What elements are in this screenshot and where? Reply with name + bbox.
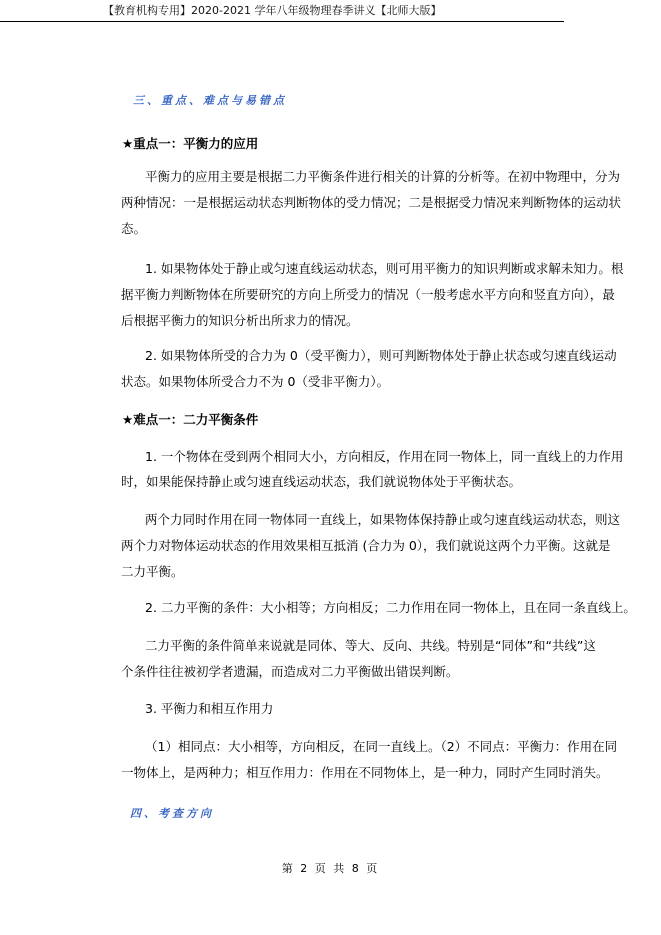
difficult-point-para2-line2: 两个力对物体运动状态的作用效果相互抵消 (合力为 0），我们就说这两个力平衡。这… xyxy=(121,536,611,554)
difficult-point-para1-line2: 时，如果能保持静止或匀速直线运动状态，我们就说物体处于平衡状态。 xyxy=(121,472,521,490)
difficult-point-para6-line2: 一物体上，是两种力；相互作用力：作用在不同物体上，是一种力，同时产生同时消失。 xyxy=(121,763,609,781)
key-point-para2-line2: 据平衡力判断物体在所要研究的方向上所受力的情况（一般考虑水平方向和竖直方向），最 xyxy=(121,285,615,303)
difficult-point-para6-line1: （1）相同点：大小相等，方向相反，在同一直线上。（2）不同点：平衡力：作用在同 xyxy=(145,737,617,755)
key-point-para2-line1: 1. 如果物体处于静止或匀速直线运动状态，则可用平衡力的知识判断或求解未知力。根 xyxy=(145,259,623,277)
page-footer: 第 2 页 共 8 页 xyxy=(0,860,661,876)
key-point-para1-line3: 态。 xyxy=(121,219,146,237)
key-point-para3-line2: 状态。如果物体所受合力不为 0（受非平衡力）。 xyxy=(121,372,389,390)
key-point-para1-line1: 平衡力的应用主要是根据二力平衡条件进行相关的计算的分析等。在初中物理中，分为 xyxy=(145,167,620,185)
difficult-point-para1-line1: 1. 一个物体在受到两个相同大小，方向相反，作用在同一物体上，同一直线上的力作用 xyxy=(145,447,623,465)
difficult-point-para4-line2: 个条件往往被初学者遗漏，而造成对二力平衡做出错误判断。 xyxy=(121,662,459,680)
key-point-para1-line2: 两种情况：一是根据运动状态判断物体的受力情况；二是根据受力情况来判断物体的运动状 xyxy=(121,193,621,211)
difficult-point-para2-line3: 二力平衡。 xyxy=(121,562,184,580)
key-point-title: ★重点一：平衡力的应用 xyxy=(122,134,258,152)
difficult-point-para2-line1: 两个力同时作用在同一物体同一直线上，如果物体保持静止或匀速直线运动状态，则这 xyxy=(145,510,620,528)
key-point-para2-line3: 后根据平衡力的知识分析出所求力的情况。 xyxy=(121,311,359,329)
difficult-point-title: ★难点一：二力平衡条件 xyxy=(122,410,258,428)
header-text: 【教育机构专用】2020-2021 学年八年级物理春季讲义【北师大版】 xyxy=(103,2,441,18)
key-point-para3-line1: 2. 如果物体所受的合力为 0（受平衡力），则可判断物体处于静止状态或匀速直线运… xyxy=(145,346,617,364)
section-title-key-points: 三、重点、难点与易错点 xyxy=(133,92,287,108)
difficult-point-para4-line1: 二力平衡的条件简单来说就是同体、等大、反向、共线。特别是“同体”和“共线”这 xyxy=(145,636,596,654)
page-header: 【教育机构专用】2020-2021 学年八年级物理春季讲义【北师大版】 xyxy=(0,0,564,22)
difficult-point-para3-line1: 2. 二力平衡的条件：大小相等；方向相反；二力作用在同一物体上，且在同一条直线上… xyxy=(145,598,636,616)
section-title-exam-direction: 四、考查方向 xyxy=(130,805,214,821)
page-number: 第 2 页 共 8 页 xyxy=(282,862,379,875)
difficult-point-para5-line1: 3. 平衡力和相互作用力 xyxy=(145,699,273,717)
